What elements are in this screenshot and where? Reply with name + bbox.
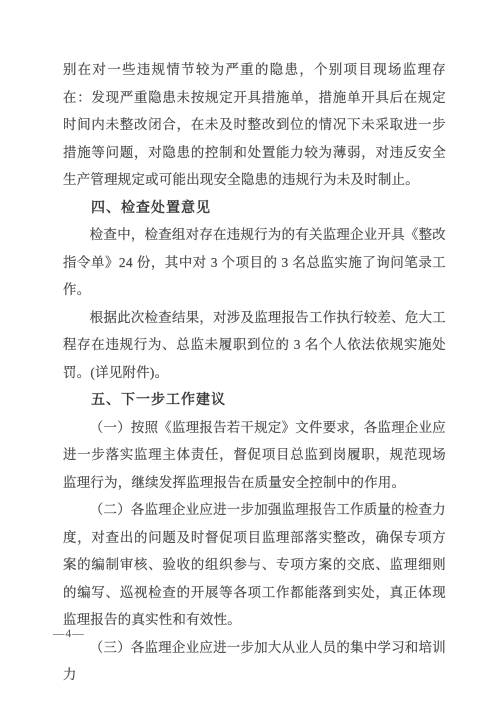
paragraph-continuation: 别在对一些违规情节较为严重的隐患，个别项目现场监理存在：发现严重隐患未按规定开具… — [63, 56, 446, 194]
page-number: —4— — [53, 628, 85, 640]
document-page: 别在对一些违规情节较为严重的隐患，个别项目现场监理存在：发现严重隐患未按规定开具… — [0, 0, 499, 706]
paragraph: （二）各监理企业应进一步加强监理报告工作质量的检查力度，对查出的问题及时督促项目… — [63, 496, 446, 634]
section-heading-5: 五、下一步工作建议 — [63, 386, 446, 414]
paragraph: （三）各监理企业应进一步加大从业人员的集中学习和培训力 — [63, 634, 446, 689]
paragraph: 根据此次检查结果，对涉及监理报告工作执行较差、危大工程存在违规行为、总监未履职到… — [63, 304, 446, 387]
document-body: 别在对一些违规情节较为严重的隐患，个别项目现场监理存在：发现严重隐患未按规定开具… — [63, 56, 446, 689]
paragraph: 检查中，检查组对存在违规行为的有关监理企业开具《整改指令单》24 份，其中对 3… — [63, 221, 446, 304]
paragraph: （一）按照《监理报告若干规定》文件要求，各监理企业应进一步落实监理主体责任，督促… — [63, 414, 446, 497]
section-heading-4: 四、检查处置意见 — [63, 194, 446, 222]
